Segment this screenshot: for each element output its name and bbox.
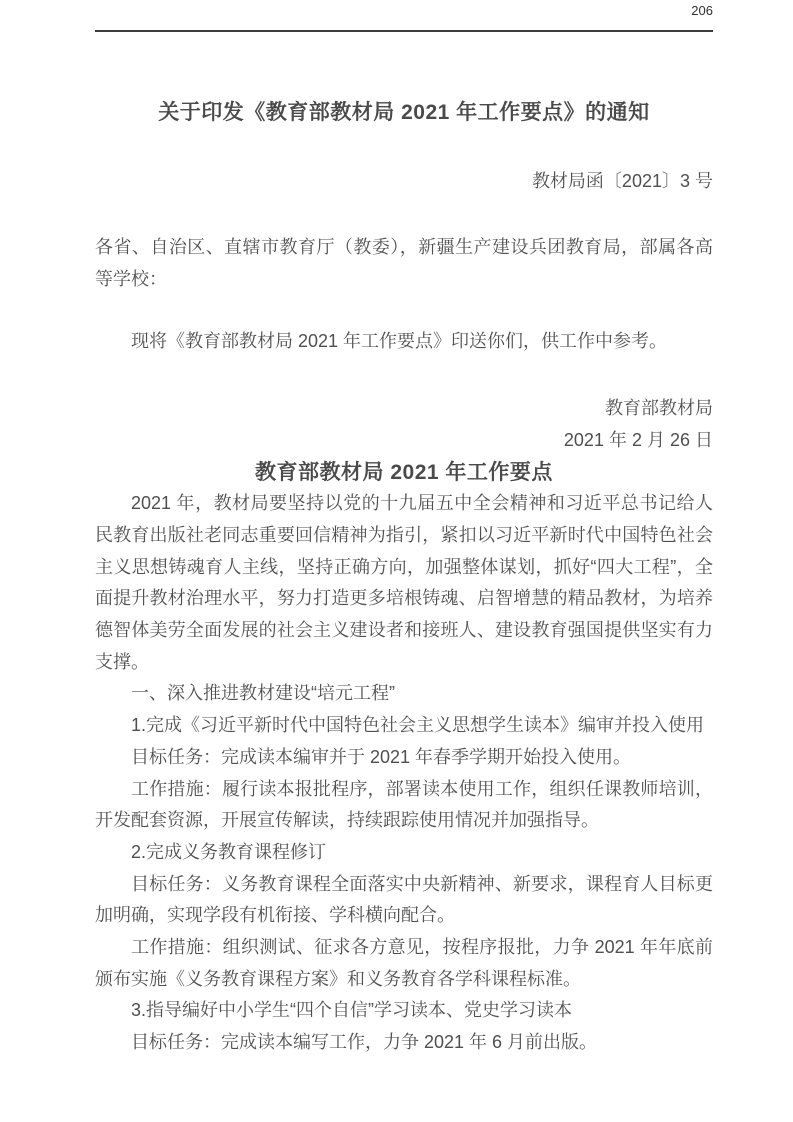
report-paragraph: 2.完成义务教育课程修订 (95, 837, 713, 869)
report-paragraph: 3.指导编好中小学生“四个自信”学习读本、党史学习读本 (95, 995, 713, 1027)
document-page: 206 关于印发《教育部教材局 2021 年工作要点》的通知 教材局函〔2021… (0, 0, 793, 1122)
report-paragraph: 1.完成《习近平新时代中国特色社会主义思想学生读本》编审并投入使用 (95, 710, 713, 742)
addressee-paragraph: 各省、自治区、直辖市教育厅（教委），新疆生产建设兵团教育局，部属各高等学校： (95, 232, 713, 295)
header-rule (95, 30, 713, 32)
page-number: 206 (95, 0, 713, 19)
report-paragraph: 目标任务：完成读本编审并于 2021 年春季学期开始投入使用。 (95, 742, 713, 774)
signature-date: 2021 年 2 月 26 日 (95, 425, 713, 457)
report-paragraph: 工作措施：组织测试、征求各方意见，按程序报批，力争 2021 年年底前颁布实施《… (95, 932, 713, 995)
notice-body-paragraph: 现将《教育部教材局 2021 年工作要点》印送你们，供工作中参考。 (95, 326, 713, 358)
report-paragraph: 目标任务：完成读本编写工作，力争 2021 年 6 月前出版。 (95, 1027, 713, 1059)
report-paragraph: 目标任务：义务教育课程全面落实中央新精神、新要求，课程育人目标更加明确，实现学段… (95, 869, 713, 932)
signature-org: 教育部教材局 (95, 393, 713, 425)
notice-title: 关于印发《教育部教材局 2021 年工作要点》的通知 (95, 98, 713, 128)
report-title: 教育部教材局 2021 年工作要点 (95, 457, 713, 489)
doc-number: 教材局函〔2021〕3 号 (95, 168, 713, 194)
report-paragraph: 工作措施：履行读本报批程序，部署读本使用工作，组织任课教师培训，开发配套资源，开… (95, 774, 713, 837)
report-paragraph: 2021 年，教材局要坚持以党的十九届五中全会精神和习近平总书记给人民教育出版社… (95, 488, 713, 678)
report-paragraph: 一、深入推进教材建设“培元工程” (95, 678, 713, 710)
